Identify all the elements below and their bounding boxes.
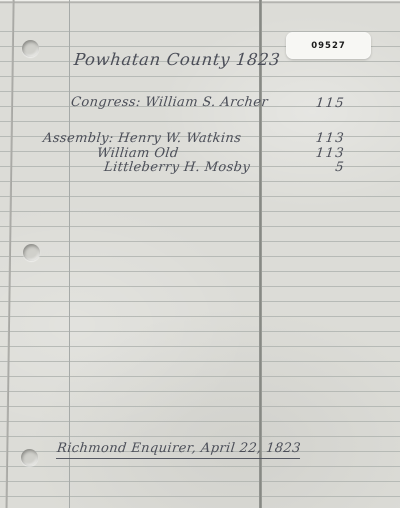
margin-line <box>69 0 70 508</box>
source-citation-text: Richmond Enquirer, April 22, 1823 <box>56 441 302 459</box>
catalog-number-text: 09527 <box>311 41 346 51</box>
ledger-row-assembly-watkins: Assembly: Henry W. Watkins <box>42 131 242 147</box>
catalog-number-label: 09527 <box>286 32 371 59</box>
page-title: Powhatan County 1823 <box>73 50 281 70</box>
votes-value-mosby: 5 <box>302 160 346 176</box>
ledger-row-congress: Congress: William S. Archer <box>70 95 269 111</box>
paper-top-edge <box>0 0 400 4</box>
votes-value-congress: 115 <box>302 96 346 112</box>
ruled-lines <box>0 17 400 498</box>
votes-value-watkins: 113 <box>302 131 346 147</box>
column-divider-line <box>259 0 262 508</box>
source-citation: Richmond Enquirer, April 22, 1823 <box>56 441 301 457</box>
punch-hole-top <box>22 40 39 57</box>
ledger-row-assembly-mosby: Littleberry H. Mosby <box>103 160 251 176</box>
scanned-notebook-page: 09527 Powhatan County 1823 Congress: Wil… <box>0 0 400 508</box>
punch-hole-bottom <box>21 449 38 466</box>
punch-hole-middle <box>23 244 40 261</box>
